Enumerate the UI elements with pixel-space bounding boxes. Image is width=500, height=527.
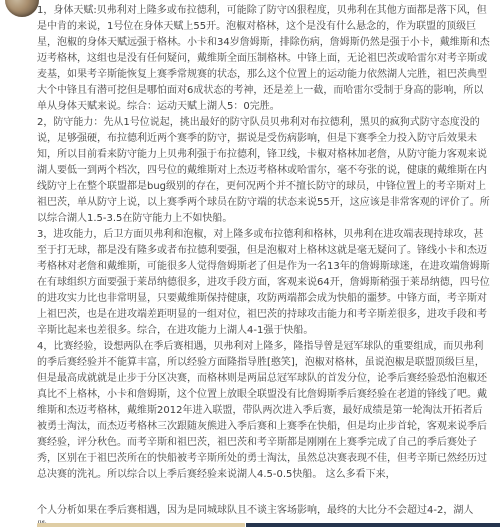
post-paragraph-defense: 2，防守能力：先从1号位说起，挑出最好的防守队员贝弗利对布拉德利，黑贝的疯狗式防… (37, 115, 491, 227)
post-content: 1，身体天赋:贝弗利对上隆多或布拉德利，可能除了防守凶狠程度，贝弗利在其他方面都… (37, 3, 491, 527)
post-paragraph-experience: 4，比赛经验，设想两队在季后赛相遇，贝弗利对上隆多，隆指导曾是冠军球队的重要组成… (37, 339, 491, 483)
user-avatar[interactable] (5, 0, 39, 17)
post-paragraph-body-talent: 1，身体天赋:贝弗利对上隆多或布拉德利，可能除了防守凶狠程度，贝弗利在其他方面都… (37, 3, 491, 115)
next-image-fragment-left (37, 523, 245, 527)
post-paragraph-offense: 3，进攻能力，后卫方面贝弗利和泡椒，对上隆多或布拉德利和格林，贝弗利在进攻端表现… (37, 227, 491, 339)
next-image-fragment-right (246, 523, 500, 527)
next-content-preview (0, 521, 500, 527)
